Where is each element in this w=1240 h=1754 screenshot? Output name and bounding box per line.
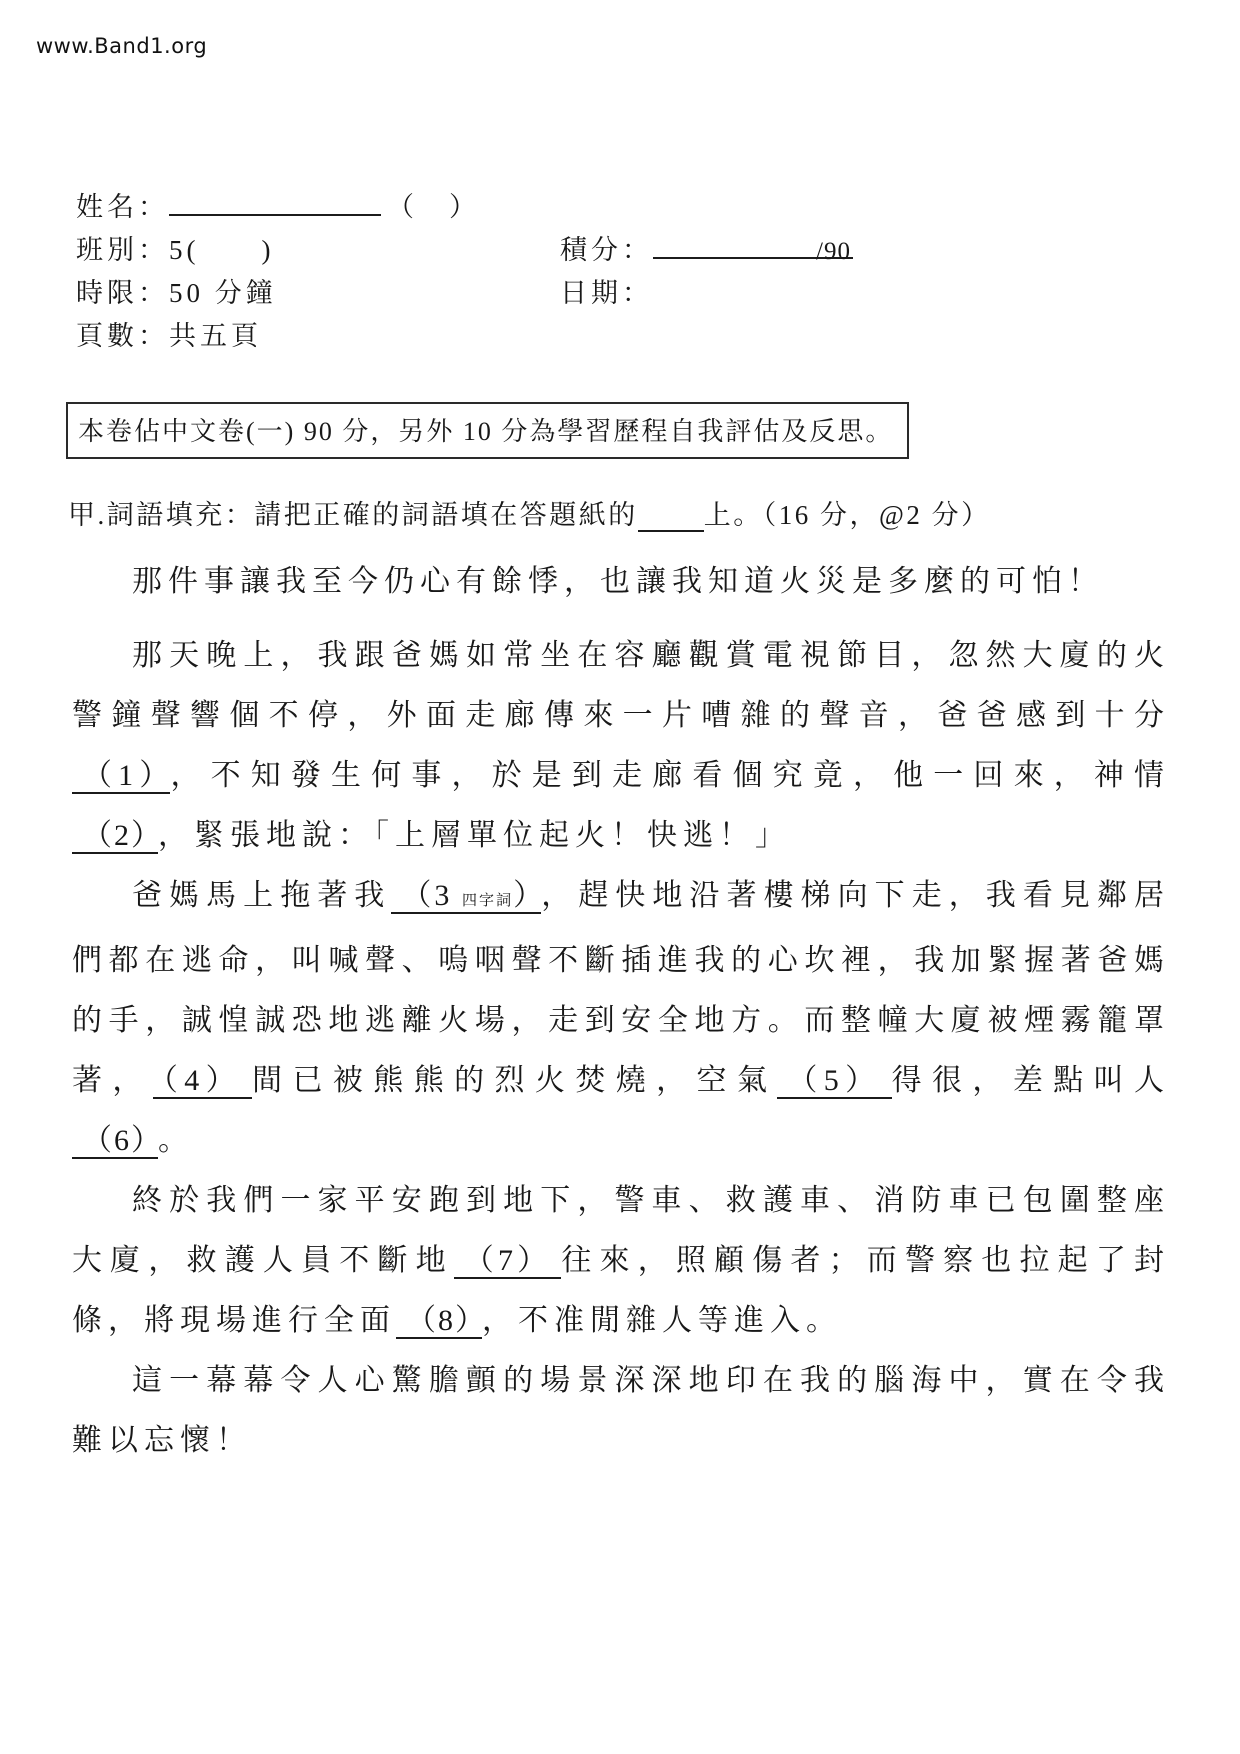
time-limit-row: 時限：50 分鐘 bbox=[76, 272, 480, 315]
pages-value: 共五頁 bbox=[169, 321, 262, 351]
class-row: 班別：5( ) bbox=[76, 229, 480, 272]
class-value: 5( ) bbox=[169, 235, 274, 265]
fill-blank: （5） bbox=[777, 1064, 891, 1099]
passage-text: 上。（16 分，@2 分） bbox=[704, 500, 991, 530]
score-row: 積分：/90 bbox=[560, 229, 853, 272]
fill-blank: （7） bbox=[454, 1244, 562, 1279]
passage-text: 甲.詞語填充：請把正確的詞語填在答題紙的 bbox=[68, 500, 638, 530]
pages-row: 頁數：共五頁 bbox=[76, 315, 480, 358]
header-right: 積分：/90 日期： bbox=[560, 229, 853, 315]
fill-blank: （6） bbox=[72, 1124, 158, 1159]
watermark: www.Band1.org bbox=[36, 34, 207, 58]
fill-blank: （1） bbox=[72, 759, 170, 794]
pages-label: 頁數： bbox=[76, 321, 169, 351]
date-label: 日期： bbox=[560, 278, 653, 308]
date-row: 日期： bbox=[560, 272, 853, 315]
passage-paragraph: 爸媽馬上拖著我（3 四字詞），趕快地沿著樓梯向下走，我看見鄰居們都在逃命，叫喊聲… bbox=[72, 866, 1170, 1171]
score-underline: /90 bbox=[653, 229, 853, 259]
fill-blank: （2） bbox=[72, 819, 158, 854]
fill-blank: （3 四字詞） bbox=[391, 879, 541, 914]
passage-text: ，緊張地說：「上層單位起火！快逃！」 bbox=[158, 819, 791, 852]
class-label: 班別： bbox=[76, 235, 169, 265]
passage-paragraph: 那天晚上，我跟爸媽如常坐在容廳觀賞電視節目，忽然大廈的火警鐘聲響個不停，外面走廊… bbox=[72, 626, 1170, 866]
passage-text: 那件事讓我至今仍心有餘悸，也讓我知道火災是多麼的可怕！ bbox=[132, 565, 1104, 598]
name-paren: （ ） bbox=[387, 192, 480, 222]
notice-box: 本卷佔中文卷(一) 90 分，另外 10 分為學習歷程自我評估及反思。 bbox=[66, 402, 909, 459]
blank-hint: 四字詞 bbox=[462, 893, 513, 909]
score-label: 積分： bbox=[560, 235, 653, 265]
fill-blank: （4） bbox=[153, 1064, 252, 1099]
passage-paragraph: 那件事讓我至今仍心有餘悸，也讓我知道火災是多麼的可怕！ bbox=[72, 552, 1170, 612]
header-left: 姓名：（ ） 班別：5( ) 時限：50 分鐘 頁數：共五頁 bbox=[76, 186, 480, 358]
fill-blank: （8） bbox=[396, 1304, 482, 1339]
fill-blank bbox=[638, 500, 704, 532]
passage-text: 那天晚上，我跟爸媽如常坐在容廳觀賞電視節目，忽然大廈的火警鐘聲響個不停，外面走廊… bbox=[72, 639, 1170, 732]
name-row: 姓名：（ ） bbox=[76, 186, 480, 229]
passage-text: 間已被熊熊的烈火焚燒，空氣 bbox=[252, 1064, 777, 1097]
passage-text: 爸媽馬上拖著我 bbox=[132, 879, 391, 912]
passage-paragraph: 終於我們一家平安跑到地下，警車、救護車、消防車已包圍整座大廈，救護人員不斷地（7… bbox=[72, 1171, 1170, 1351]
name-label: 姓名： bbox=[76, 192, 169, 222]
time-limit-label: 時限： bbox=[76, 278, 169, 308]
passage-text: 這一幕幕令人心驚膽顫的場景深深地印在我的腦海中，實在令我難以忘懷！ bbox=[72, 1364, 1170, 1457]
section-heading: 甲.詞語填充：請把正確的詞語填在答題紙的 上。（16 分，@2 分） bbox=[68, 492, 1178, 538]
passage-text: ，不知發生何事，於是到走廊看個究竟，他一回來，神情 bbox=[170, 759, 1170, 792]
passage: 那件事讓我至今仍心有餘悸，也讓我知道火災是多麼的可怕！ 那天晚上，我跟爸媽如常坐… bbox=[72, 552, 1170, 1471]
passage-paragraph: 這一幕幕令人心驚膽顫的場景深深地印在我的腦海中，實在令我難以忘懷！ bbox=[72, 1351, 1170, 1471]
score-denominator: /90 bbox=[816, 238, 853, 265]
time-limit-value: 50 分鐘 bbox=[169, 278, 277, 308]
name-underline bbox=[169, 186, 381, 216]
passage-text: 得很，差點叫人 bbox=[892, 1064, 1170, 1097]
passage-text: 。 bbox=[158, 1124, 194, 1157]
passage-text: ，不准閒雜人等進入。 bbox=[482, 1304, 842, 1337]
exam-page: www.Band1.org 姓名：（ ） 班別：5( ) 時限：50 分鐘 頁數… bbox=[0, 0, 1240, 1754]
